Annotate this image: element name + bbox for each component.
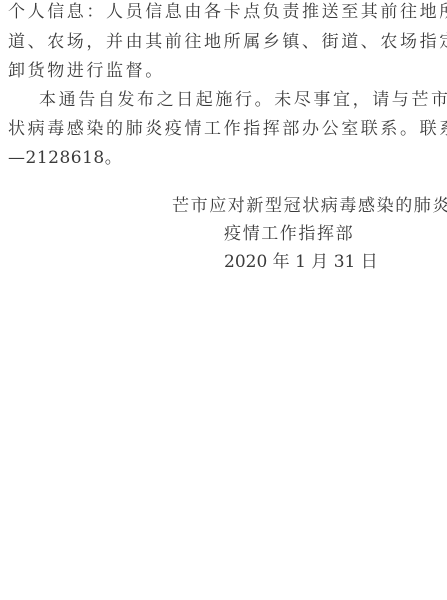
paragraph-1-line-1: 个人信息：人员信息由各卡点负责推送至其前往地所属乡镇、街 xyxy=(8,1,447,23)
paragraph-2-line-2: 状病毒感染的肺炎疫情工作指挥部办公室联系。联系电话：0692 xyxy=(8,118,447,140)
signature-date: 2020 年 1 月 31 日 xyxy=(224,251,378,273)
paragraph-2-line-3: —2128618。 xyxy=(8,147,122,169)
signature-organization-line-2: 疫情工作指挥部 xyxy=(224,223,354,245)
signature-organization-line-1: 芒市应对新型冠状病毒感染的肺炎 xyxy=(172,195,447,217)
document-page: 个人信息：人员信息由各卡点负责推送至其前往地所属乡镇、街 道、农场，并由其前往地… xyxy=(0,0,447,600)
paragraph-1-line-3: 卸货物进行监督。 xyxy=(8,60,165,82)
paragraph-1-line-2: 道、农场，并由其前往地所属乡镇、街道、农场指定专人对其拉 xyxy=(8,31,447,53)
paragraph-2-line-1: 本通告自发布之日起施行。未尽事宜，请与芒市应对新型冠 xyxy=(39,89,447,111)
